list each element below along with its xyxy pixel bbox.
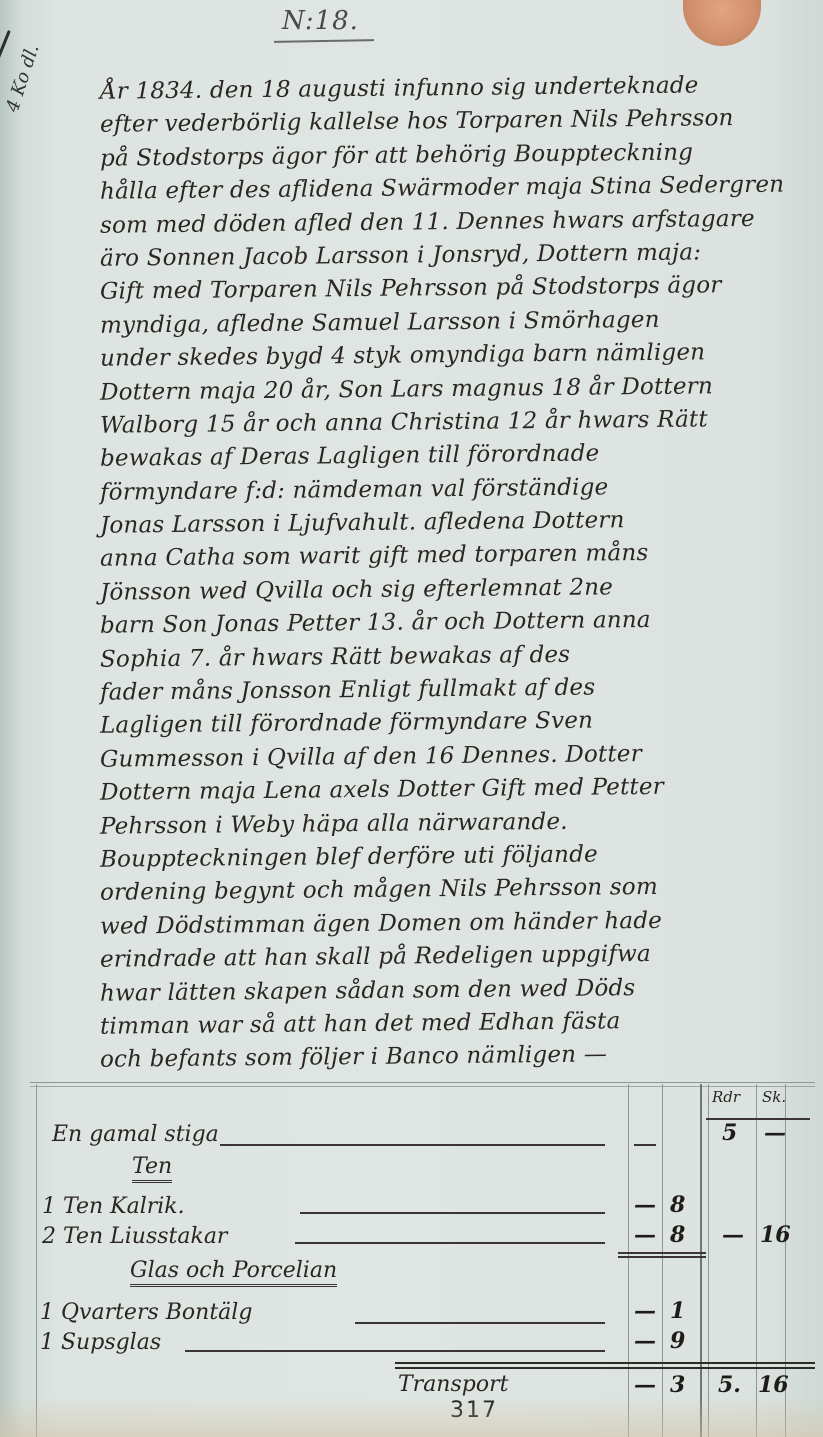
transport-sk: 16 [758, 1372, 789, 1398]
dash-mark [634, 1144, 656, 1146]
column-rule [756, 1084, 757, 1437]
ledger-top-rule [30, 1082, 815, 1083]
ledger-rdr-value: 5 [722, 1120, 737, 1146]
leader-line [295, 1242, 605, 1244]
inventory-preamble: År 1834. den 18 augusti infunno sig unde… [100, 72, 810, 1074]
leader-line [300, 1212, 605, 1214]
ledger-section-heading: Glas och Porcelian [130, 1258, 337, 1287]
entry-number: N:18. [282, 6, 359, 36]
document-page: N:18. 4 Ko dl. År 1834. den 18 augusti i… [0, 0, 823, 1437]
column-rule-left-margin [36, 1084, 37, 1437]
stamped-page-number: 317 [450, 1398, 498, 1423]
transport-rdr: 5. [718, 1372, 741, 1398]
ledger-col1-value: — [634, 1328, 656, 1354]
leader-line [355, 1322, 605, 1324]
ledger-rdr-value: — [722, 1222, 744, 1248]
ledger-item-label: En gamal stiga [52, 1122, 219, 1147]
inventory-ledger: Rdr Sk. En gamal stiga 5 — Ten 1 Ten Kal… [0, 1082, 823, 1437]
ledger-item-label: 1 Ten Kalrik. [42, 1194, 185, 1219]
transport-col1: — [634, 1372, 656, 1398]
column-rule [662, 1084, 663, 1437]
column-rule [628, 1084, 629, 1437]
header-skilling: Sk. [762, 1088, 786, 1106]
ledger-item-label: 1 Qvarters Bontälg [40, 1300, 252, 1325]
ledger-col2-value: 8 [670, 1222, 685, 1248]
leader-line [220, 1144, 605, 1146]
ledger-sk-value: — [764, 1120, 786, 1146]
ledger-section-heading: Ten [132, 1154, 172, 1183]
entry-number-underline [274, 39, 374, 43]
ledger-top-rule [30, 1086, 815, 1087]
subtotal-rule [618, 1256, 706, 1258]
margin-strike-mark [0, 30, 11, 217]
margin-note: 4 Ko dl. [2, 42, 44, 115]
ledger-col2-value: 9 [670, 1328, 685, 1354]
thumb-overlay [683, 0, 761, 46]
ledger-col1-value: — [634, 1298, 656, 1324]
subtotal-rule [618, 1252, 706, 1254]
leader-line [185, 1350, 605, 1352]
ledger-col2-value: 1 [670, 1298, 685, 1324]
transport-label: Transport [398, 1372, 508, 1397]
ledger-item-label: 1 Supsglas [40, 1330, 161, 1355]
column-rule [708, 1084, 709, 1437]
summation-rule [395, 1367, 815, 1369]
transport-col2: 3 [670, 1372, 685, 1398]
ledger-col1-value: — [634, 1192, 656, 1218]
ledger-col2-value: 8 [670, 1192, 685, 1218]
header-riksdaler: Rdr [712, 1088, 740, 1106]
text-line: och befants som följer i Banco nämligen … [100, 1037, 810, 1078]
column-rule [700, 1084, 702, 1437]
ledger-sk-value: 16 [760, 1222, 791, 1248]
ledger-col1-value: — [634, 1222, 656, 1248]
ledger-item-label: 2 Ten Liusstakar [42, 1224, 227, 1249]
summation-rule [395, 1362, 815, 1364]
